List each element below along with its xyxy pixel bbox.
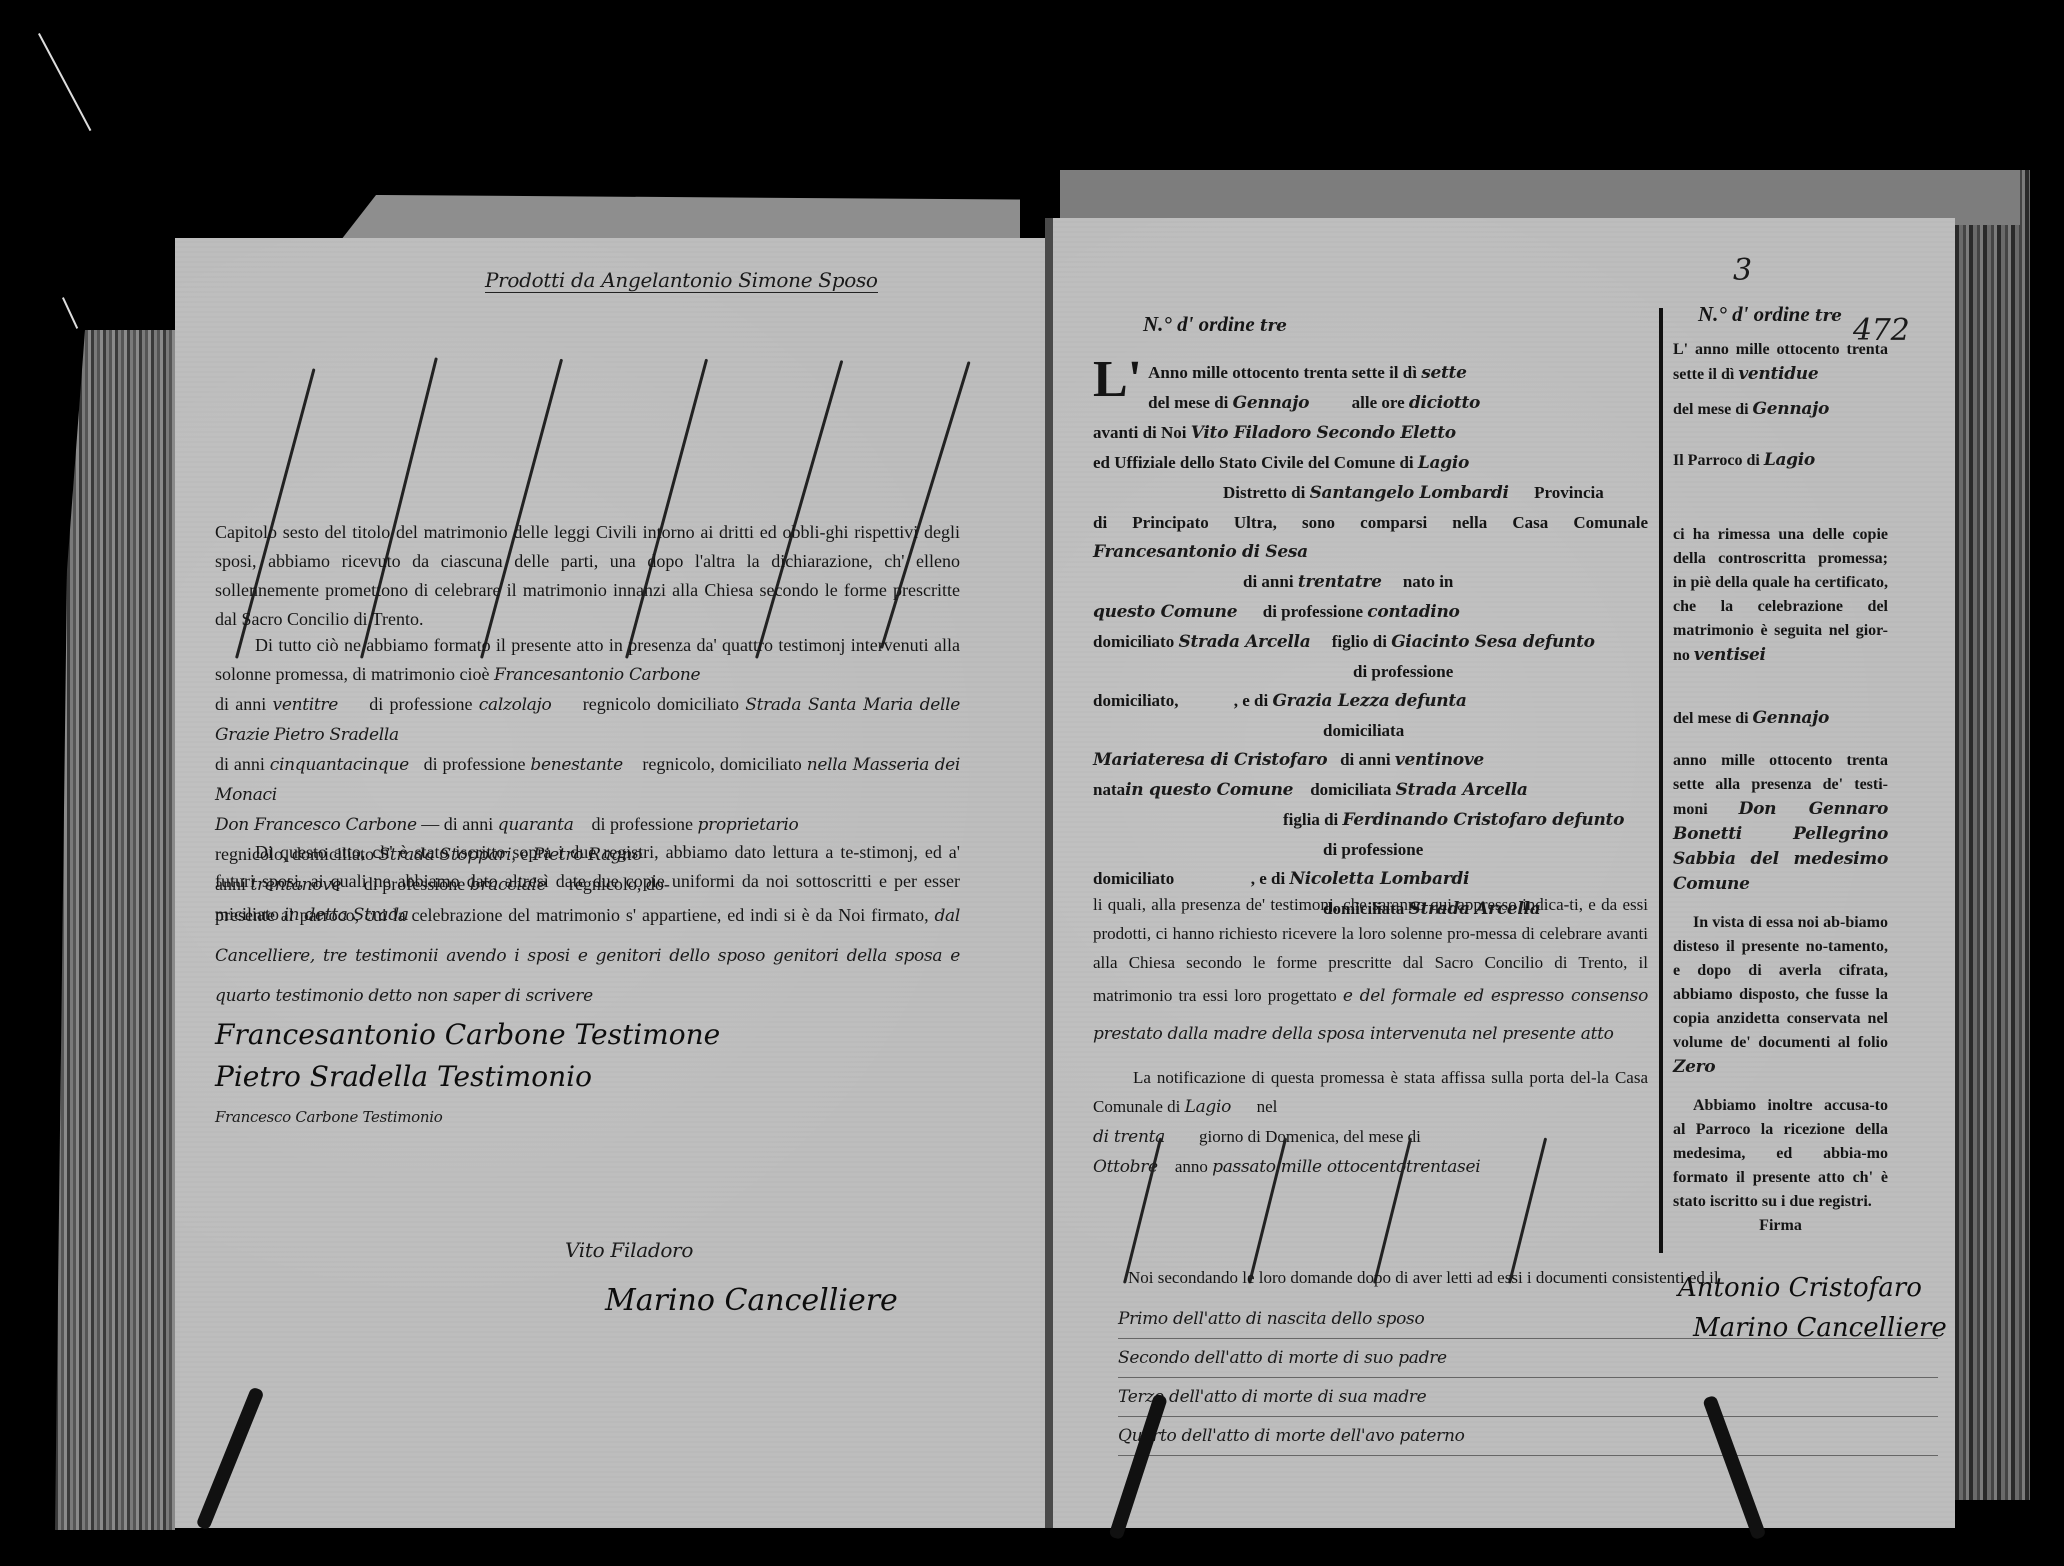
witness-signature-2: Pietro Sradella Testimonio [215, 1060, 592, 1093]
request-paragraph: li quali, alla presenza de' testimonj, c… [1093, 890, 1648, 1053]
witness-signature-1: Francesantonio Carbone Testimone [215, 1018, 720, 1051]
folio-mark: 3 [1733, 253, 1752, 288]
book-edge-left [55, 330, 175, 1530]
right-page: N.° d' ordine tre L'Anno mille ottocento… [1053, 218, 1955, 1528]
notification-paragraph: La notificazione di questa promessa è st… [1093, 1063, 1648, 1182]
page-stack-top-left [320, 195, 1020, 240]
official-signature-cancelliere: Marino Cancelliere [605, 1283, 898, 1318]
document-item: Quarto dell'atto di morte dell'avo pater… [1118, 1417, 1938, 1456]
sidebar-signature-2: Marino Cancelliere [1693, 1313, 1947, 1343]
page-stack-top-right [1060, 170, 2020, 225]
left-paragraph-2: Di questo atto, ch' è stato iscritto sop… [215, 838, 960, 1016]
document-item: Secondo dell'atto di morte di suo padre [1118, 1339, 1938, 1378]
book-gutter [1045, 218, 1053, 1528]
official-signature-vito: Vito Filadoro [565, 1238, 693, 1262]
documents-intro: Noi secondando le loro domande dopo di a… [1128, 1263, 1719, 1292]
clip-holder-left [196, 1386, 265, 1530]
scratch-mark [62, 297, 78, 329]
sidebar-text: L' anno mille ottocento trenta sette il … [1673, 338, 1888, 1238]
left-page-header: Prodotti da Angelantonio Simone Sposo [485, 268, 878, 293]
witness-signature-3: Francesco Carbone Testimonio [215, 1108, 442, 1126]
document-item: Terzo dell'atto di morte di sua madre [1118, 1378, 1938, 1417]
microfilm-scan: Prodotti da Angelantonio Simone Sposo Ca… [0, 0, 2064, 1566]
column-divider [1659, 308, 1663, 1253]
act-main-text: L'Anno mille ottocento trenta sette il d… [1093, 358, 1648, 924]
sidebar-order-number: N.° d' ordine tre [1698, 300, 1842, 331]
book-edge-right [1955, 170, 2030, 1500]
left-page: Prodotti da Angelantonio Simone Sposo Ca… [175, 238, 1045, 1528]
scratch-mark [38, 33, 91, 131]
order-number: N.° d' ordine tre [1143, 310, 1287, 341]
left-paragraph-1: Capitolo sesto del titolo del matrimonio… [215, 518, 960, 634]
sidebar-signature-1: Antonio Cristofaro [1678, 1273, 1922, 1303]
